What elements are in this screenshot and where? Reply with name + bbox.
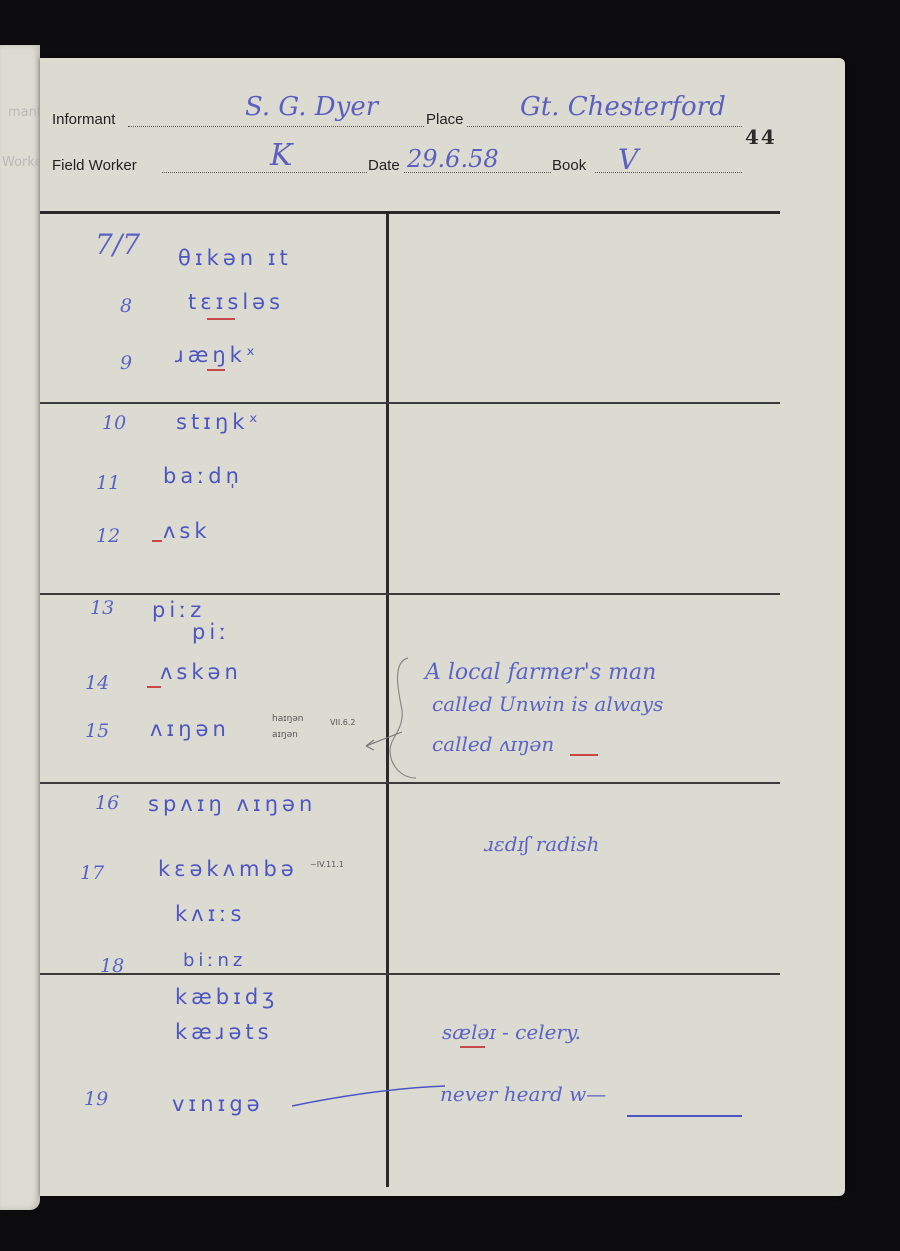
note-line: ɹɛdɪʃ radish bbox=[484, 832, 600, 856]
note-line: called Unwin is always bbox=[432, 692, 663, 716]
field-worker-value: K bbox=[270, 138, 292, 173]
entry-transcription: spʌɪŋ ʌɪŋən bbox=[148, 792, 316, 816]
brace-arrow-icon bbox=[360, 650, 420, 780]
connector-line bbox=[290, 1080, 450, 1110]
row-divider bbox=[40, 782, 780, 784]
cross-reference: ~IV.11.1 bbox=[310, 860, 344, 869]
informant-value: S. G. Dyer bbox=[245, 92, 378, 122]
entry-transcription: stɪŋkˣ bbox=[176, 410, 262, 434]
entry-transcription: kæɹəts bbox=[175, 1020, 273, 1044]
page-number: 44 bbox=[745, 125, 777, 149]
entry-transcription: biːnz bbox=[183, 950, 246, 971]
margin-variant: haɪŋən bbox=[272, 714, 304, 724]
place-value: Gt. Chesterford bbox=[520, 92, 726, 122]
entry-number: 15 bbox=[85, 720, 109, 742]
entry-transcription: vɪnɪgə bbox=[172, 1092, 264, 1116]
entry-number: 11 bbox=[96, 472, 120, 494]
entry-transcription: kɛəkʌmbə bbox=[158, 857, 298, 881]
book-value: V bbox=[618, 143, 638, 176]
entry-transcription: ɹæŋkˣ bbox=[175, 343, 259, 367]
informant-line bbox=[128, 126, 424, 127]
entry-number: 17 bbox=[80, 862, 104, 884]
row-divider bbox=[40, 593, 780, 595]
note-line: sæləɪ - celery. bbox=[442, 1020, 581, 1044]
entry-number: 9 bbox=[120, 352, 132, 374]
entry-number: 16 bbox=[95, 792, 119, 814]
entry-transcription: tɛɪsləs bbox=[188, 290, 284, 314]
entry-number: 7/7 bbox=[95, 228, 140, 261]
entry-transcription: ʌsk bbox=[163, 519, 211, 543]
entry-number: 14 bbox=[85, 672, 109, 694]
row-divider bbox=[40, 402, 780, 404]
informant-label: Informant bbox=[52, 111, 115, 128]
entry-number: 8 bbox=[120, 295, 132, 317]
red-stress-mark bbox=[207, 318, 235, 320]
entry-transcription: baːdn̩ bbox=[163, 464, 243, 488]
entry-transcription: ʌskən bbox=[160, 660, 242, 684]
entry-number: 13 bbox=[90, 597, 114, 619]
note-line: called ʌɪŋən bbox=[432, 732, 554, 756]
red-stress-mark bbox=[570, 754, 598, 756]
margin-variant: aɪŋən bbox=[272, 730, 298, 740]
margin-reference: VII.6.2 bbox=[330, 718, 355, 727]
entry-transcription: θɪkən ɪt bbox=[178, 246, 292, 270]
entry-number: 10 bbox=[102, 412, 126, 434]
ghost-text: Worke bbox=[2, 155, 42, 170]
red-stress-mark bbox=[147, 686, 161, 688]
ghost-text: mant bbox=[8, 105, 42, 120]
entry-transcription: piːz bbox=[152, 598, 205, 622]
place-line bbox=[467, 126, 742, 127]
date-value: 29.6.58 bbox=[407, 145, 499, 173]
entry-number: 18 bbox=[100, 955, 124, 977]
entry-alt-transcription: kʌɪːs bbox=[175, 902, 245, 926]
field-worker-line bbox=[162, 172, 367, 173]
red-stress-mark bbox=[152, 540, 162, 542]
entry-number: 12 bbox=[96, 525, 120, 547]
entry-alt-transcription: piː bbox=[192, 620, 230, 644]
date-label: Date bbox=[368, 157, 400, 174]
previous-page-edge: mant Worke bbox=[0, 45, 40, 1210]
note-line: never heard w— bbox=[440, 1082, 606, 1106]
red-stress-mark bbox=[207, 369, 225, 371]
entry-transcription: ʌɪŋən bbox=[150, 717, 230, 741]
entry-transcription: kæbɪdʒ bbox=[175, 985, 278, 1009]
row-divider bbox=[40, 973, 780, 975]
red-stress-mark bbox=[460, 1046, 485, 1048]
field-worker-label: Field Worker bbox=[52, 157, 137, 174]
place-label: Place bbox=[426, 111, 464, 128]
note-line: A local farmer's man bbox=[425, 660, 656, 685]
book-label: Book bbox=[552, 157, 586, 174]
header-divider bbox=[40, 211, 780, 214]
note-underline bbox=[627, 1115, 742, 1117]
entry-number: 19 bbox=[84, 1088, 108, 1110]
